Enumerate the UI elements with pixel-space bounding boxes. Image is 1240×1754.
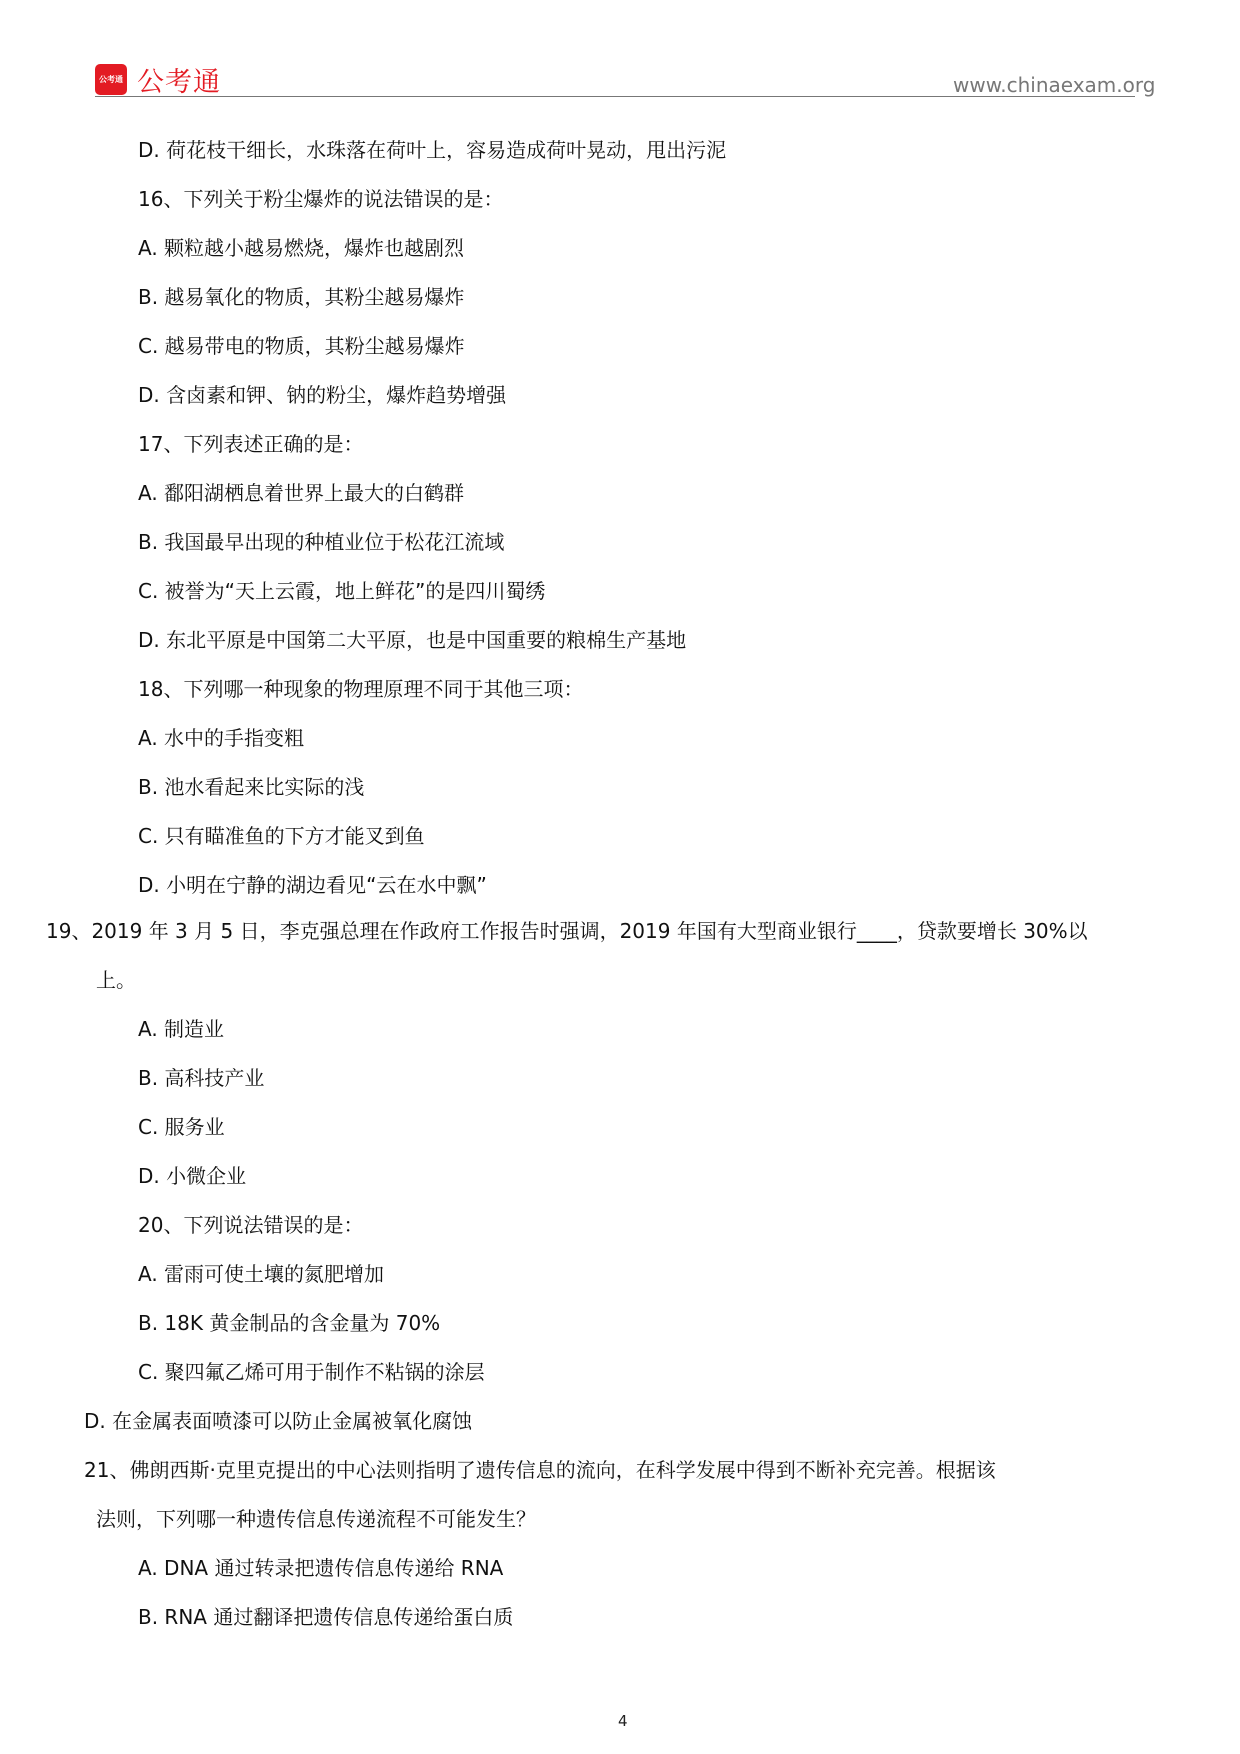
question-stem: 20、下列说法错误的是： bbox=[138, 1213, 363, 1237]
text-line: C. 只有瞄准鱼的下方才能叉到鱼 bbox=[138, 824, 425, 848]
text-line: A. 鄱阳湖栖息着世界上最大的白鹤群 bbox=[138, 481, 464, 505]
text-line: B. RNA 通过翻译把遗传信息传递给蛋白质 bbox=[138, 1605, 513, 1629]
text-line: B. 18K 黄金制品的含金量为 70% bbox=[138, 1311, 440, 1335]
text-line: 法则，下列哪一种遗传信息传递流程不可能发生？ bbox=[96, 1507, 536, 1531]
text-line: D. 小明在宁静的湖边看见“云在水中飘” bbox=[138, 873, 487, 897]
question-stem: 21、佛朗西斯·克里克提出的中心法则指明了遗传信息的流向，在科学发展中得到不断补… bbox=[84, 1458, 996, 1482]
text-line: B. 池水看起来比实际的浅 bbox=[138, 775, 364, 799]
text-line: D. 荷花枝干细长，水珠落在荷叶上，容易造成荷叶晃动，甩出污泥 bbox=[138, 138, 726, 162]
site-url: www.chinaexam.org bbox=[953, 72, 1173, 98]
text-line: C. 聚四氟乙烯可用于制作不粘锅的涂层 bbox=[138, 1360, 485, 1384]
text-line: B. 高科技产业 bbox=[138, 1066, 264, 1090]
page-number: 4 bbox=[618, 1712, 628, 1730]
text-line: D. 在金属表面喷漆可以防止金属被氧化腐蚀 bbox=[84, 1409, 472, 1433]
logo: 公考通 公考通 bbox=[95, 60, 221, 99]
text-line: C. 服务业 bbox=[138, 1115, 225, 1139]
text-line: C. 越易带电的物质，其粉尘越易爆炸 bbox=[138, 334, 465, 358]
question-stem: 17、下列表述正确的是： bbox=[138, 432, 363, 456]
logo-badge-icon: 公考通 bbox=[95, 64, 127, 95]
question-stem: 18、下列哪一种现象的物理原理不同于其他三项： bbox=[138, 677, 583, 701]
text-line: D. 东北平原是中国第二大平原，也是中国重要的粮棉生产基地 bbox=[138, 628, 686, 652]
text-line: C. 被誉为“天上云霞，地上鲜花”的是四川蜀绣 bbox=[138, 579, 545, 603]
logo-text: 公考通 bbox=[137, 60, 221, 99]
text-line: B. 越易氧化的物质，其粉尘越易爆炸 bbox=[138, 285, 464, 309]
question-stem: 19、2019 年 3 月 5 日，李克强总理在作政府工作报告时强调，2019 … bbox=[46, 919, 1088, 943]
text-line: A. 雷雨可使土壤的氮肥增加 bbox=[138, 1262, 384, 1286]
text-line: 上。 bbox=[96, 968, 136, 992]
text-line: D. 含卤素和钾、钠的粉尘，爆炸趋势增强 bbox=[138, 383, 506, 407]
text-line: A. 水中的手指变粗 bbox=[138, 726, 304, 750]
text-line: A. DNA 通过转录把遗传信息传递给 RNA bbox=[138, 1556, 503, 1580]
text-line: D. 小微企业 bbox=[138, 1164, 246, 1188]
text-line: A. 制造业 bbox=[138, 1017, 224, 1041]
text-line: B. 我国最早出现的种植业位于松花江流域 bbox=[138, 530, 504, 554]
question-stem: 16、下列关于粉尘爆炸的说法错误的是： bbox=[138, 187, 503, 211]
text-line: A. 颗粒越小越易燃烧，爆炸也越剧烈 bbox=[138, 236, 464, 260]
